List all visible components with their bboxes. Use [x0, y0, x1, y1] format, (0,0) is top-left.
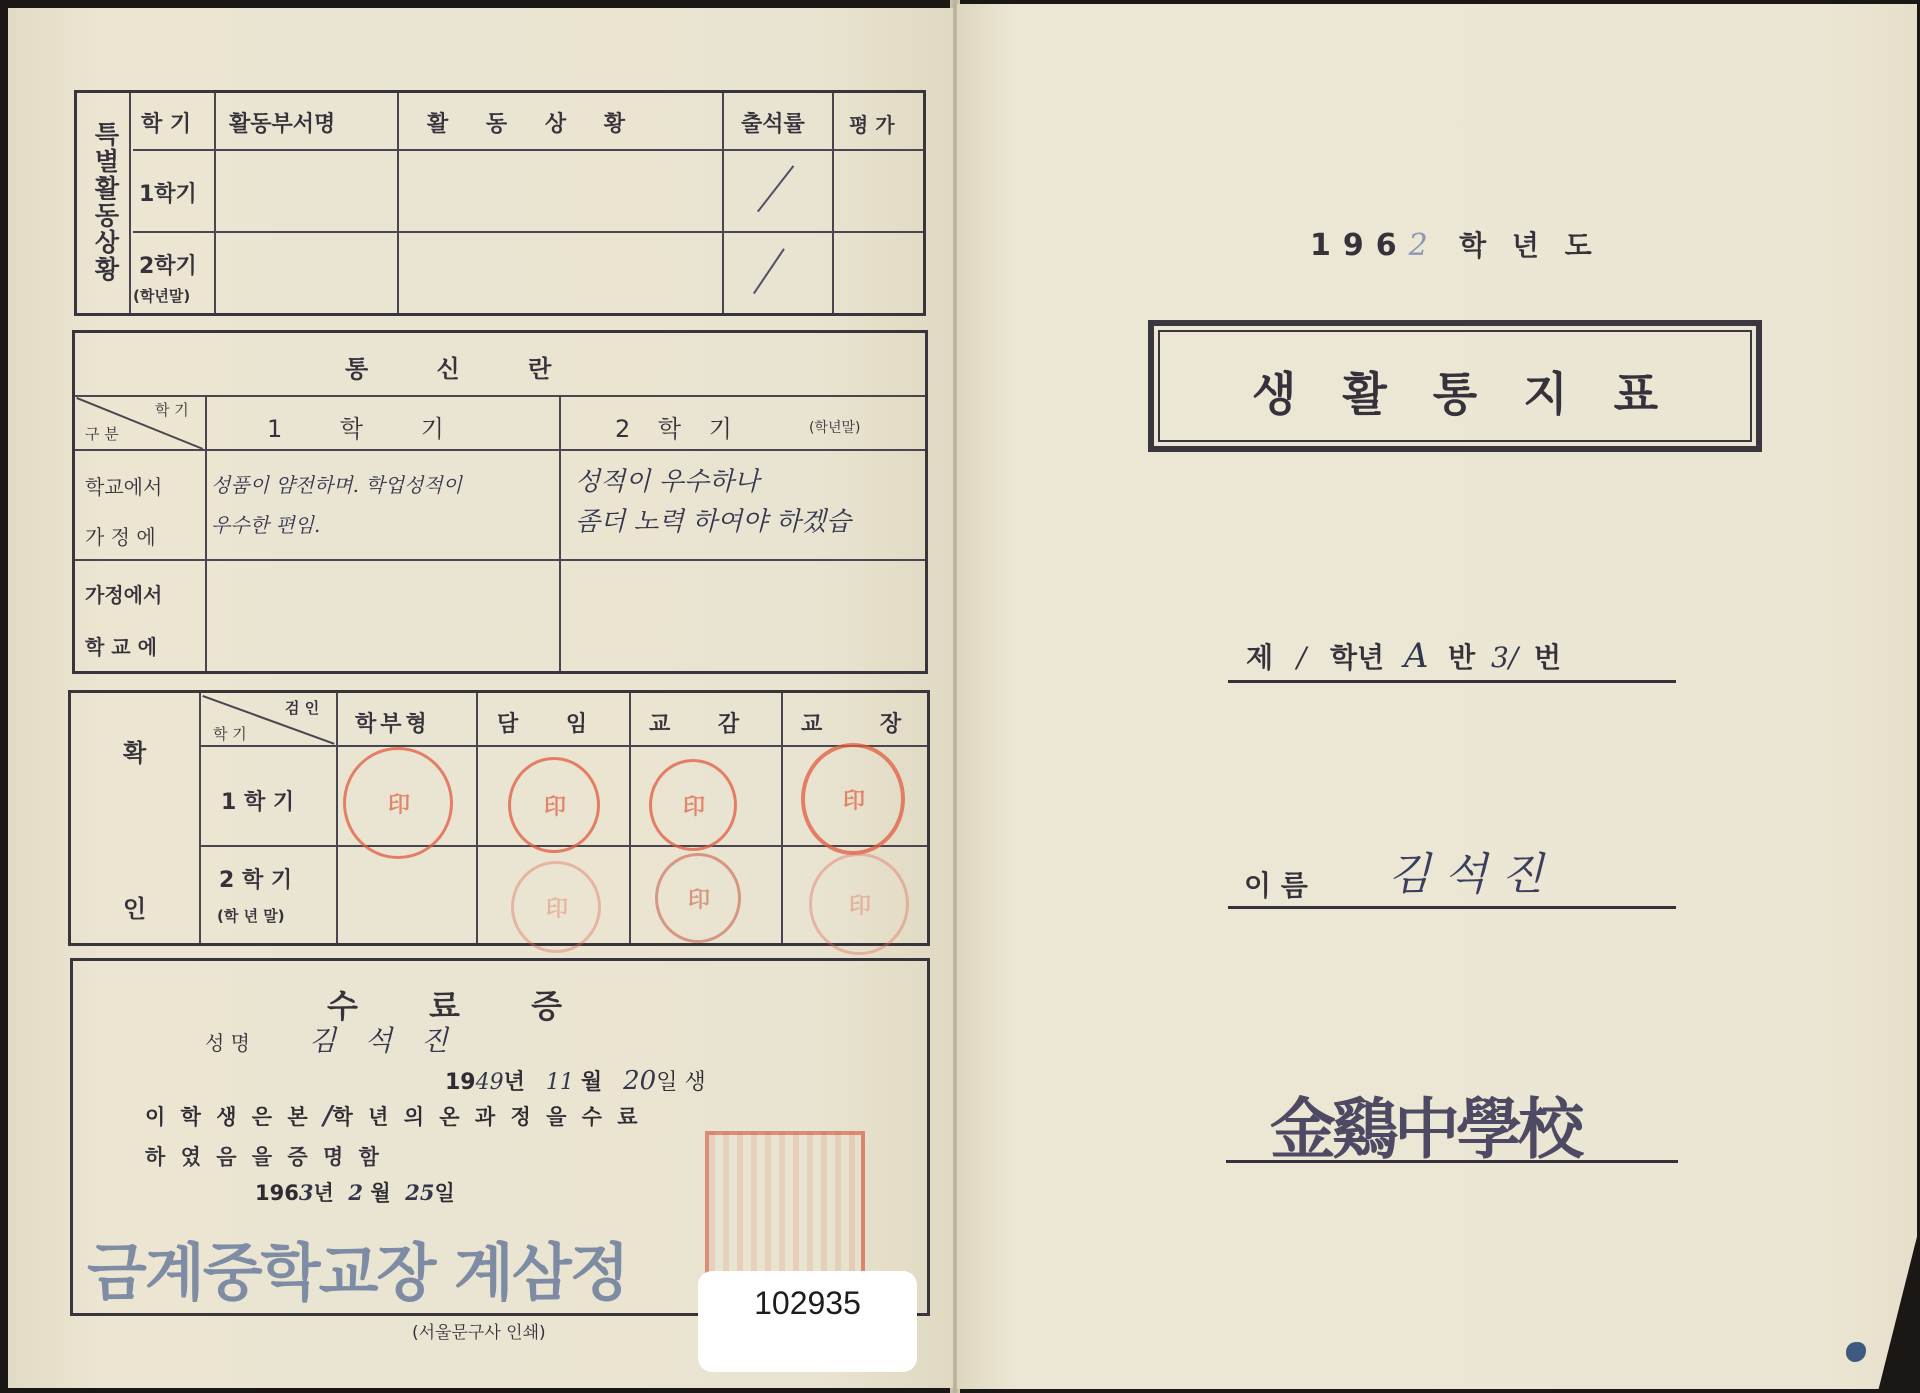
row-term-2-note: (학 년 말)	[217, 905, 285, 926]
homeroom-seal-term1: 印	[508, 757, 600, 853]
communication-table: 통 신 란 학 기 구 분 1 학 기 2 학 기 (학년말) 학교에서 가 정…	[72, 330, 928, 674]
birth-date: 1949년 11 월 20일 생	[445, 1065, 706, 1096]
vice-principal-seal-term1: 印	[649, 759, 737, 851]
confirmation-side-top: 확	[123, 733, 146, 768]
confirmation-side-bottom: 인	[123, 889, 146, 924]
row-school-to-home-label-2: 가 정 에	[85, 521, 156, 550]
parent-seal-term1: 印	[343, 747, 453, 859]
term1-comment-line1: 성품이 얌전하며. 학업성적이	[211, 469, 462, 498]
school-name-text: 金鷄中學校	[1270, 1076, 1580, 1171]
title-box: 생 활 통 지 표	[1148, 320, 1762, 452]
corner-term: 학 기	[213, 723, 247, 744]
right-page	[957, 4, 1917, 1389]
header-vice-principal: 교 감	[649, 707, 739, 738]
name-line: 이 름 김 석 진	[1228, 838, 1676, 909]
row-term-2: 2학기	[139, 249, 197, 280]
communication-title: 통 신 란	[345, 349, 551, 384]
completion-certificate: 수 료 증 성 명 김 석 진 1949년 11 월 20일 생 이 학 생 은…	[70, 958, 930, 1316]
confirmation-table: 확 인 검 인 학 기 학부형 담 임 교 감 교 장 1 학 기 2 학 기 …	[68, 690, 930, 946]
printer-credit: (서울문구사 인쇄)	[412, 1318, 546, 1343]
header-term: 학 기	[141, 107, 191, 138]
student-name: 김 석 진	[309, 1019, 448, 1059]
header-principal: 교 장	[801, 707, 901, 738]
term2-comment-line1: 성적이 우수하나	[575, 461, 759, 498]
school-year: 1962 학 년 도	[1310, 224, 1600, 264]
row-term-1: 1학기	[139, 177, 197, 208]
row-home-to-school-label-2: 학 교 에	[85, 631, 157, 660]
corner-term: 학 기	[155, 399, 189, 420]
row-term-1: 1 학 기	[221, 785, 294, 816]
header-parent: 학부형	[355, 707, 431, 738]
col-term2-header: 2 학 기	[615, 409, 732, 444]
statement-line2: 하 였 음 을 증 명 함	[145, 1141, 379, 1171]
row-home-to-school-label-1: 가정에서	[85, 579, 162, 608]
vice-principal-seal-term2: 印	[655, 853, 741, 943]
row-term-2-note: (학년말)	[133, 285, 190, 306]
statement-line1: 이 학 생 은 본 /학 년 의 온 과 정 을 수 료	[145, 1101, 638, 1131]
archive-number: 102935	[698, 1285, 917, 1322]
name-label: 성 명	[205, 1027, 250, 1056]
header-attendance: 출석률	[741, 107, 805, 138]
principal-name-stamp: 금계중학교장 계삼정	[87, 1223, 628, 1312]
principal-seal-term1: 印	[801, 743, 905, 855]
class-info: 제 / 학년 A 반 3/ 번	[1228, 636, 1676, 683]
attendance-mark-2	[753, 248, 785, 294]
name-label: 이 름	[1244, 864, 1308, 904]
report-card-title: 생 활 통 지 표	[1154, 358, 1756, 424]
row-term-2: 2 학 기	[219, 863, 292, 894]
row-school-to-home-label-1: 학교에서	[85, 471, 162, 500]
col-term2-note: (학년말)	[809, 417, 861, 437]
principal-seal-term2: 印	[809, 853, 909, 955]
archive-label: 102935	[698, 1271, 917, 1372]
header-dept: 활동부서명	[229, 107, 335, 138]
special-activities-side-label: 특별활동상황	[87, 121, 123, 283]
school-name: 金鷄中學校	[1226, 1070, 1678, 1163]
corner-category: 구 분	[85, 423, 119, 444]
header-evaluation: 평 가	[849, 109, 895, 138]
corner-inspection: 검 인	[285, 697, 319, 718]
special-activities-table: 특별활동상황 학 기 활동부서명 활 동 상 황 출석률 평 가 1학기 2학기…	[74, 90, 926, 316]
school-official-seal	[705, 1131, 865, 1291]
term2-comment-line2: 좀더 노력 하여야 하겠습	[575, 501, 851, 538]
header-status: 활 동 상 황	[427, 107, 625, 138]
student-name: 김 석 진	[1388, 838, 1543, 902]
col-term1-header: 1 학 기	[267, 409, 444, 444]
term1-comment-line2: 우수한 편임.	[211, 509, 320, 538]
header-homeroom: 담 임	[497, 707, 587, 738]
attendance-mark-1	[757, 165, 794, 212]
homeroom-seal-term2: 印	[511, 861, 601, 953]
issue-date: 1963년 2 월 25일	[255, 1177, 455, 1207]
